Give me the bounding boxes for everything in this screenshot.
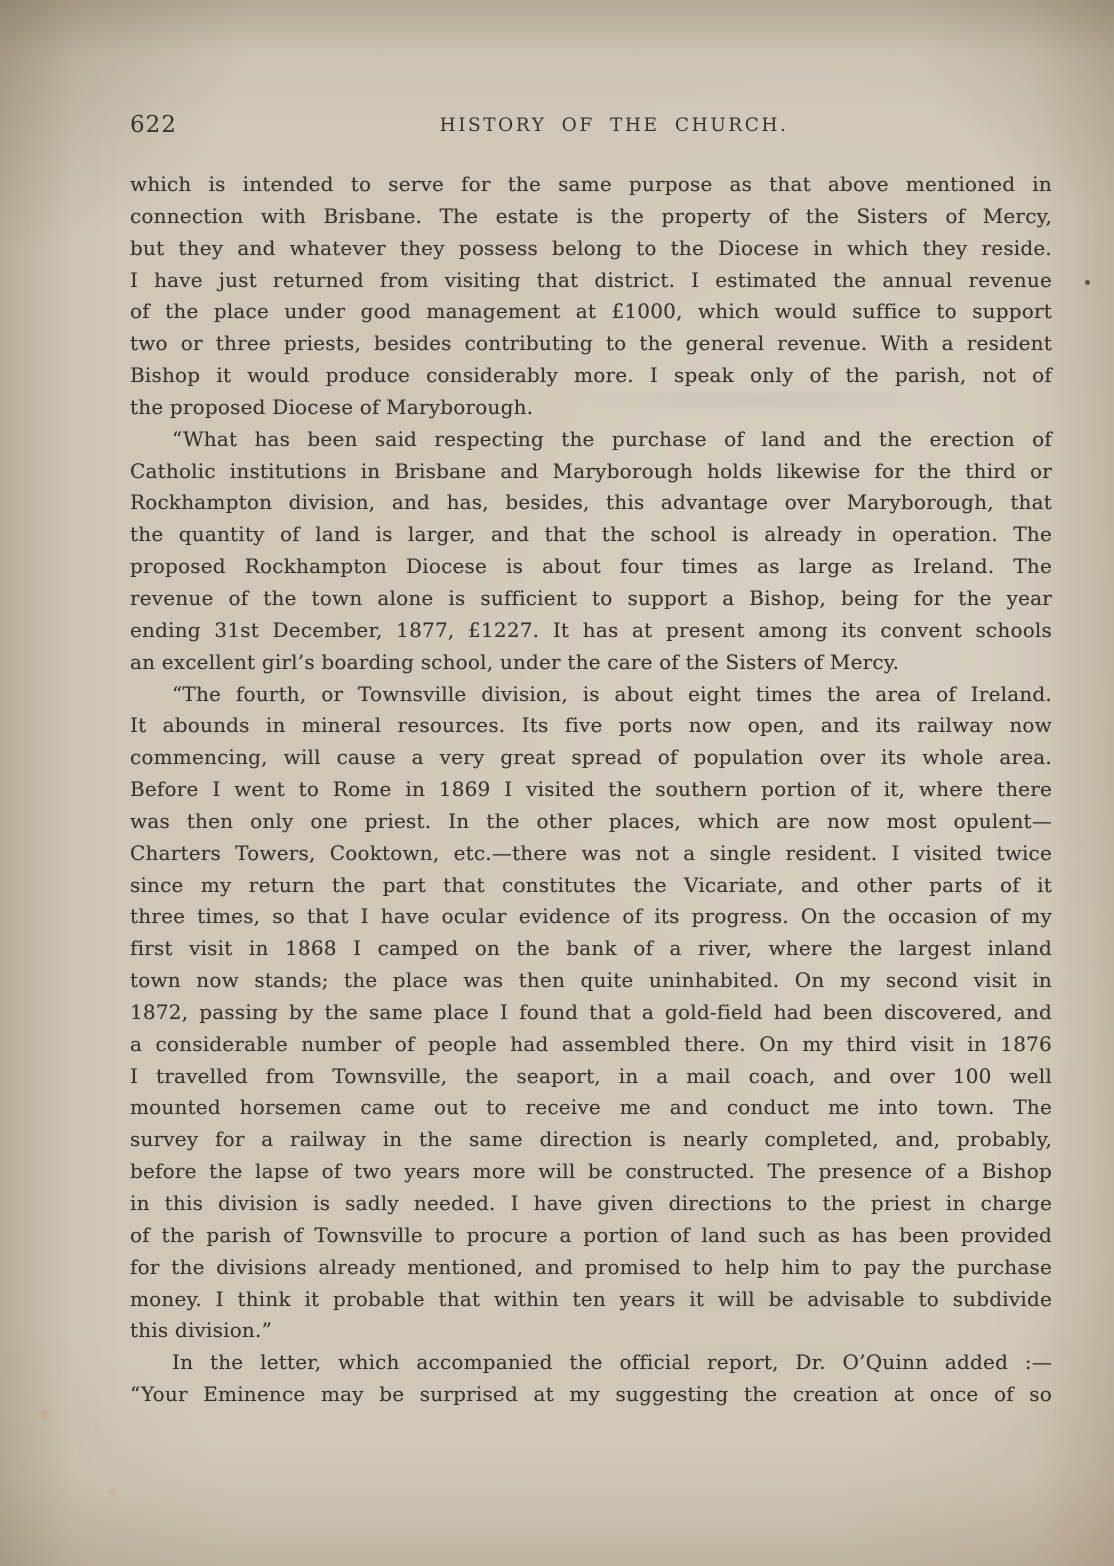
text-line: Bishop it would produce considerably mor… [130, 360, 1052, 392]
ink-speck [1085, 280, 1090, 285]
text-line: 1872, passing by the same place I found … [130, 997, 1052, 1029]
text-line: “What has been said respecting the purch… [130, 424, 1052, 456]
text-line: Catholic institutions in Brisbane and Ma… [130, 456, 1052, 488]
text-line: first visit in 1868 I camped on the bank… [130, 933, 1052, 965]
text-line: was then only one priest. In the other p… [130, 806, 1052, 838]
text-line: Before I went to Rome in 1869 I visited … [130, 774, 1052, 806]
text-line: In the letter, which accompanied the off… [130, 1347, 1052, 1379]
text-line: two or three priests, besides contributi… [130, 328, 1052, 360]
text-line: revenue of the town alone is sufficient … [130, 583, 1052, 615]
page-header: 622 HISTORY OF THE CHURCH. [130, 112, 1052, 146]
text-line: the proposed Diocese of Maryborough. [130, 392, 1052, 424]
foxing-spot [40, 1410, 48, 1418]
text-line: an excellent girl’s boarding school, und… [130, 647, 1052, 679]
text-line: I travelled from Townsville, the seaport… [130, 1061, 1052, 1093]
text-line: I have just returned from visiting that … [130, 265, 1052, 297]
text-line: town now stands; the place was then quit… [130, 965, 1052, 997]
running-header: HISTORY OF THE CHURCH. [130, 115, 1052, 136]
text-line: a considerable number of people had asse… [130, 1029, 1052, 1061]
text-line: connection with Brisbane. The estate is … [130, 201, 1052, 233]
text-line: before the lapse of two years more will … [130, 1156, 1052, 1188]
text-line: mounted horsemen came out to receive me … [130, 1092, 1052, 1124]
text-line: the quantity of land is larger, and that… [130, 519, 1052, 551]
text-line: for the divisions already mentioned, and… [130, 1252, 1052, 1284]
text-line: three times, so that I have ocular evide… [130, 901, 1052, 933]
text-line: in this division is sadly needed. I have… [130, 1188, 1052, 1220]
text-line: ending 31st December, 1877, £1227. It ha… [130, 615, 1052, 647]
page-body: which is intended to serve for the same … [130, 169, 1052, 1411]
text-line: “Your Eminence may be surprised at my su… [130, 1379, 1052, 1411]
text-line: of the place under good management at £1… [130, 296, 1052, 328]
text-line: Charters Towers, Cooktown, etc.—there wa… [130, 838, 1052, 870]
text-line: since my return the part that constitute… [130, 870, 1052, 902]
foxing-spot [110, 1490, 116, 1496]
book-page: 622 HISTORY OF THE CHURCH. which is inte… [0, 0, 1114, 1566]
text-line: “The fourth, or Townsville division, is … [130, 679, 1052, 711]
text-line: of the parish of Townsville to procure a… [130, 1220, 1052, 1252]
text-line: commencing, will cause a very great spre… [130, 742, 1052, 774]
text-line: which is intended to serve for the same … [130, 169, 1052, 201]
text-line: this division.” [130, 1315, 1052, 1347]
text-line: proposed Rockhampton Diocese is about fo… [130, 551, 1052, 583]
text-line: but they and whatever they possess belon… [130, 233, 1052, 265]
text-line: money. I think it probable that within t… [130, 1284, 1052, 1316]
text-line: It abounds in mineral resources. Its fiv… [130, 710, 1052, 742]
text-line: survey for a railway in the same directi… [130, 1124, 1052, 1156]
text-line: Rockhampton division, and has, besides, … [130, 487, 1052, 519]
